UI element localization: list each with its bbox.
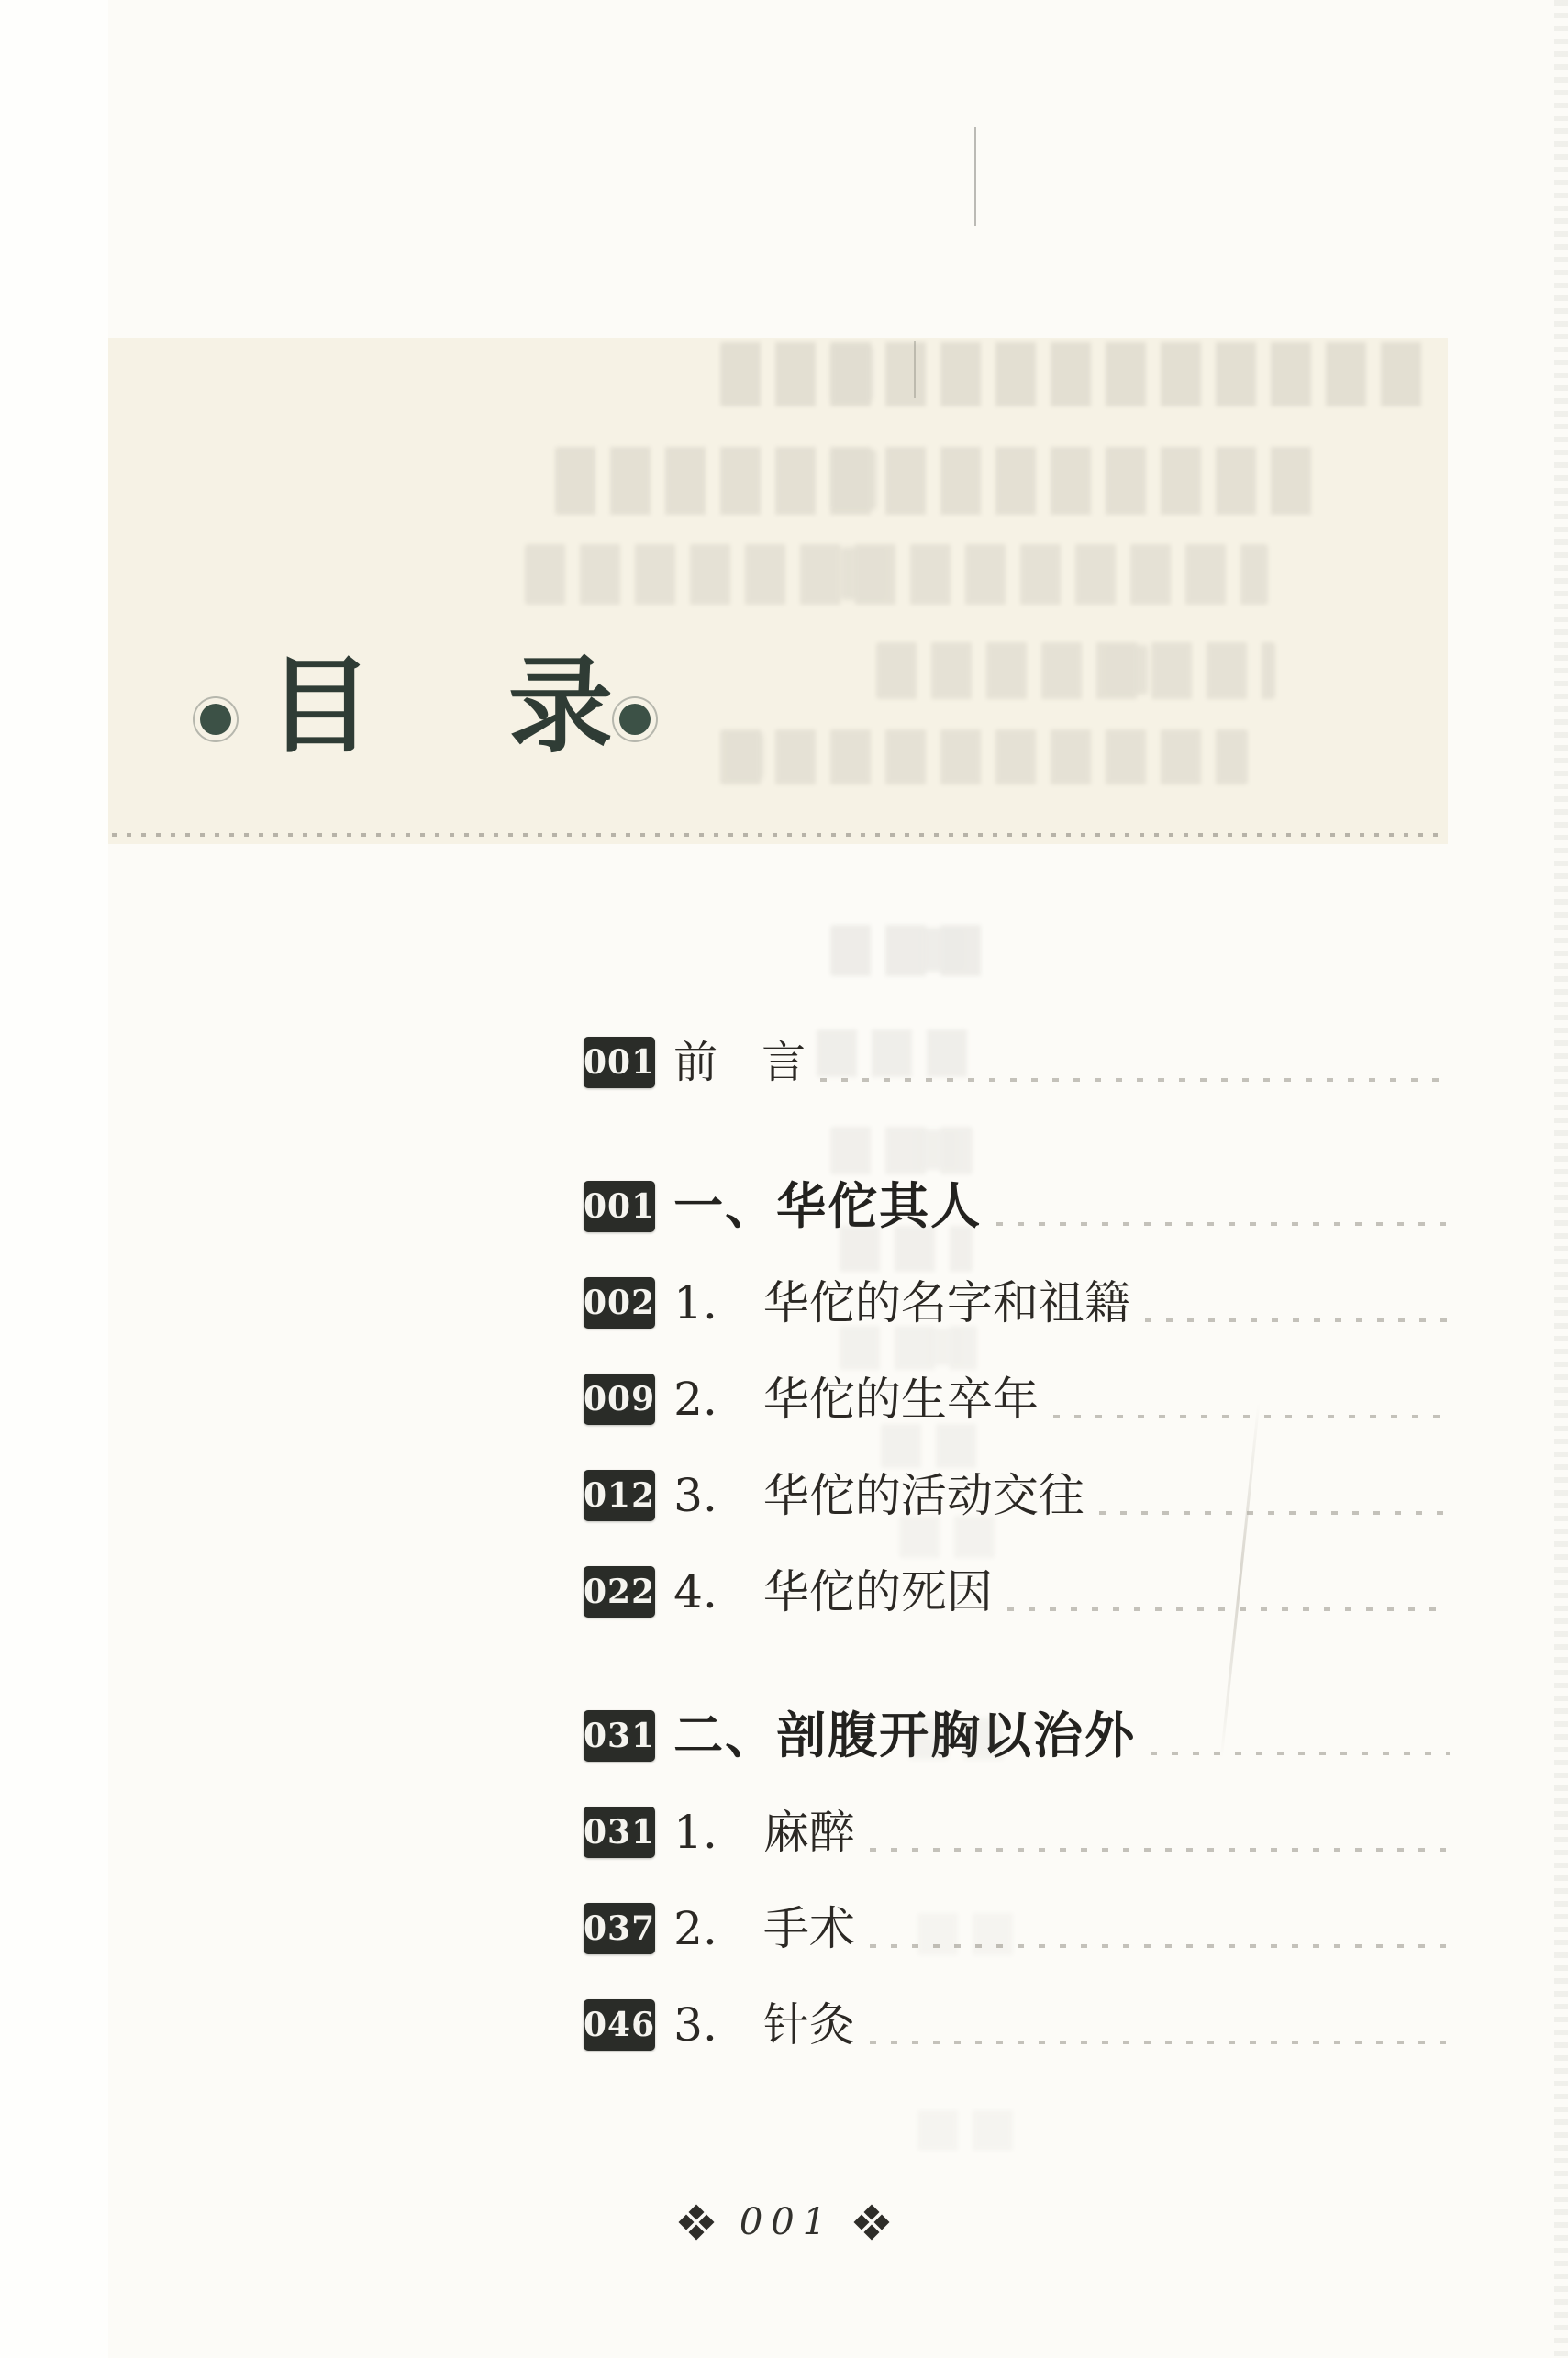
entry-label: 1. 华佗的名字和祖籍 bbox=[673, 1280, 1130, 1326]
bleed-through-text bbox=[830, 1127, 973, 1174]
toc-entry: 001 前 言 bbox=[584, 1037, 1450, 1088]
toc-entry: 009 2. 华佗的生卒年 bbox=[584, 1374, 1450, 1425]
bleed-through-text bbox=[720, 729, 1248, 784]
toc-entry: 046 3. 针灸 bbox=[584, 1999, 1450, 2051]
scan-mark bbox=[974, 127, 976, 226]
page-number-badge: 001 bbox=[584, 1037, 655, 1088]
page-title-char: 目 bbox=[268, 648, 373, 765]
bleed-through-text bbox=[720, 342, 1427, 406]
page-number-badge: 046 bbox=[584, 1999, 655, 2051]
page-number-badge: 031 bbox=[584, 1710, 655, 1762]
entry-label: 3. 针灸 bbox=[673, 2002, 855, 2048]
bleed-through-text bbox=[840, 1226, 973, 1272]
entry-label: 2. 华佗的生卒年 bbox=[673, 1376, 1039, 1422]
dotted-leader bbox=[870, 1848, 1450, 1852]
entry-label: 前 言 bbox=[673, 1040, 806, 1084]
bleed-through-text bbox=[525, 544, 1268, 605]
page-number-badge: 031 bbox=[584, 1807, 655, 1858]
dotted-leader bbox=[1099, 1511, 1450, 1515]
bleed-through-text bbox=[817, 1029, 968, 1077]
scan-mark bbox=[914, 341, 916, 398]
bleed-through-text bbox=[881, 1424, 986, 1468]
scan-edge-left bbox=[0, 0, 108, 2358]
scanned-page: 目 录 001 前 言 001 一、华佗其人 002 1. 华佗的名字和祖籍 0… bbox=[0, 0, 1568, 2358]
entry-label: 1. 麻醉 bbox=[673, 1809, 855, 1855]
dotted-leader bbox=[870, 2041, 1450, 2044]
diamond-cluster-icon bbox=[681, 2207, 712, 2238]
bleed-through-text bbox=[899, 1516, 995, 1558]
toc-entry: 031 1. 麻醉 bbox=[584, 1807, 1450, 1858]
bleed-through-text bbox=[830, 925, 991, 976]
dotted-leader bbox=[1007, 1607, 1450, 1611]
entry-label: 一、华佗其人 bbox=[673, 1182, 982, 1231]
page-number-badge: 009 bbox=[584, 1374, 655, 1425]
page-footer: 001 bbox=[0, 2204, 1568, 2241]
page-title-char: 录 bbox=[508, 648, 613, 765]
bleed-through-text bbox=[917, 1913, 1028, 1955]
entry-label: 4. 华佗的死因 bbox=[673, 1569, 993, 1615]
page-number-badge: 001 bbox=[584, 1181, 655, 1232]
page-title: 目 录 bbox=[268, 648, 613, 765]
bleed-through-text bbox=[555, 447, 1321, 515]
dotted-leader bbox=[996, 1222, 1450, 1226]
filled-dot-icon bbox=[200, 704, 231, 735]
bleed-through-text bbox=[840, 1326, 977, 1370]
page-number-badge: 037 bbox=[584, 1903, 655, 1954]
dotted-leader bbox=[1151, 1752, 1450, 1755]
bleed-through-text bbox=[917, 2110, 1028, 2151]
title-band-dashed-rule bbox=[112, 833, 1448, 837]
toc-entry: 012 3. 华佗的活动交往 bbox=[584, 1470, 1450, 1521]
folio-page-number: 001 bbox=[734, 2204, 834, 2241]
page-number-badge: 012 bbox=[584, 1470, 655, 1521]
bleed-through-text bbox=[908, 1718, 1018, 1760]
entry-label: 3. 华佗的活动交往 bbox=[673, 1473, 1084, 1518]
dotted-leader bbox=[1053, 1415, 1450, 1418]
toc-entry: 022 4. 华佗的死因 bbox=[584, 1566, 1450, 1618]
dotted-leader bbox=[820, 1078, 1450, 1082]
diamond-cluster-icon bbox=[856, 2207, 887, 2238]
bleed-through-text bbox=[876, 642, 1275, 699]
page-number-badge: 022 bbox=[584, 1566, 655, 1618]
entry-label: 二、剖腹开胸以治外 bbox=[673, 1711, 1136, 1761]
toc-entry: 002 1. 华佗的名字和祖籍 bbox=[584, 1277, 1450, 1329]
page-number-badge: 002 bbox=[584, 1277, 655, 1329]
dotted-leader bbox=[1145, 1318, 1450, 1322]
entry-label: 2. 手术 bbox=[673, 1906, 855, 1952]
filled-dot-icon bbox=[619, 704, 651, 735]
toc-entry: 001 一、华佗其人 bbox=[584, 1181, 1450, 1232]
scan-edge-right bbox=[1554, 0, 1568, 2358]
